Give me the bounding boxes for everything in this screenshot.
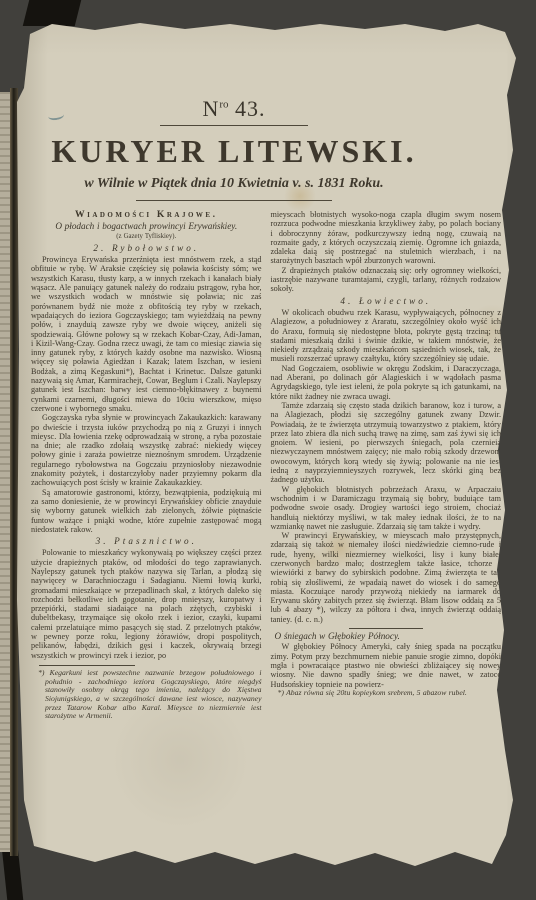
left-column: Wiadomości Krajowe.O płodach i bogactwac… [31, 210, 262, 824]
page-content: Nro 43. KURYER LITEWSKI. w Wilnie w Piąt… [31, 96, 501, 824]
issue-superscript: ro [219, 99, 228, 111]
footnote-separator [39, 665, 135, 666]
issue-rule [160, 125, 308, 126]
newspaper-title: KURYER LITEWSKI. [31, 133, 437, 170]
subsection-heading: 2. Rybołowstwo. [31, 244, 262, 253]
body-paragraph: Z drapieżnych ptaków odznaczaią się: orł… [271, 266, 502, 294]
scanned-newspaper-page: { "colors":{"paper":"#d4cebc","ink":"#3d… [0, 0, 536, 900]
binding-gutter [10, 88, 18, 856]
footnote: *) Abaz równa się 20tu kopieykom srebrem… [271, 689, 502, 698]
article-title: O płodach i bogactwach prowincyi Erywańs… [31, 222, 262, 231]
section-heading: Wiadomości Krajowe. [31, 210, 262, 219]
issue-prefix: N [202, 96, 219, 121]
text-columns: Wiadomości Krajowe.O płodach i bogactwac… [31, 210, 501, 824]
source-note: (z Gazety Tyfliskiey). [31, 232, 262, 241]
binding-tape-mark [23, 0, 81, 26]
dateline: w Wilnie w Piątek dnia 10 Kwietnia v. s.… [31, 176, 437, 192]
adjacent-page-edge [0, 92, 10, 852]
masthead: Nro 43. KURYER LITEWSKI. w Wilnie w Piąt… [31, 96, 437, 201]
article-title: O śniegach w Głębokiey Północy. [271, 632, 502, 641]
newspaper-sheet: Nro 43. KURYER LITEWSKI. w Wilnie w Piąt… [0, 0, 536, 900]
section-separator [349, 628, 423, 629]
issue-value: 43. [235, 96, 266, 121]
dateline-rule [136, 200, 332, 201]
body-paragraph: Nad Gogczaiem, osobliwie w okręgu Zodski… [271, 364, 502, 401]
issue-number: Nro 43. [31, 96, 437, 122]
body-paragraph: W prawincyi Erywańskiey, w mieyscach mał… [271, 531, 502, 624]
subsection-heading: 3. Ptasznictwo. [31, 537, 262, 546]
body-paragraph: Gogczayska ryba słynie w prowincyach Zak… [31, 413, 262, 487]
body-paragraph: Tamże zdarzaią się często stada dzikich … [271, 401, 502, 485]
body-paragraph: W okolicach obudwu rzek Karasu, wypływai… [271, 308, 502, 364]
body-paragraph: W głębokiey Północy Ameryki, cały śnieg … [271, 642, 502, 688]
body-paragraph: Są amatorowie gastronomi, którzy, bezwąt… [31, 488, 262, 534]
right-column: mieyscach błotnistych wysoko-noga czapla… [271, 210, 502, 824]
footnote: *) Kegarkuni iest powszechne nazwanie br… [31, 669, 262, 721]
body-paragraph: Polowanie to mieszkańcy wykonywaią po wi… [31, 548, 262, 660]
body-paragraph: Prowincya Erywańska przerźnięta iest mnó… [31, 255, 262, 413]
body-paragraph-continuation: mieyscach błotnistych wysoko-noga czapla… [271, 210, 502, 266]
body-paragraph: W głębokich błotnistych pobrzeżach Araxu… [271, 485, 502, 531]
subsection-heading: 4. Łowiectwo. [271, 297, 502, 306]
